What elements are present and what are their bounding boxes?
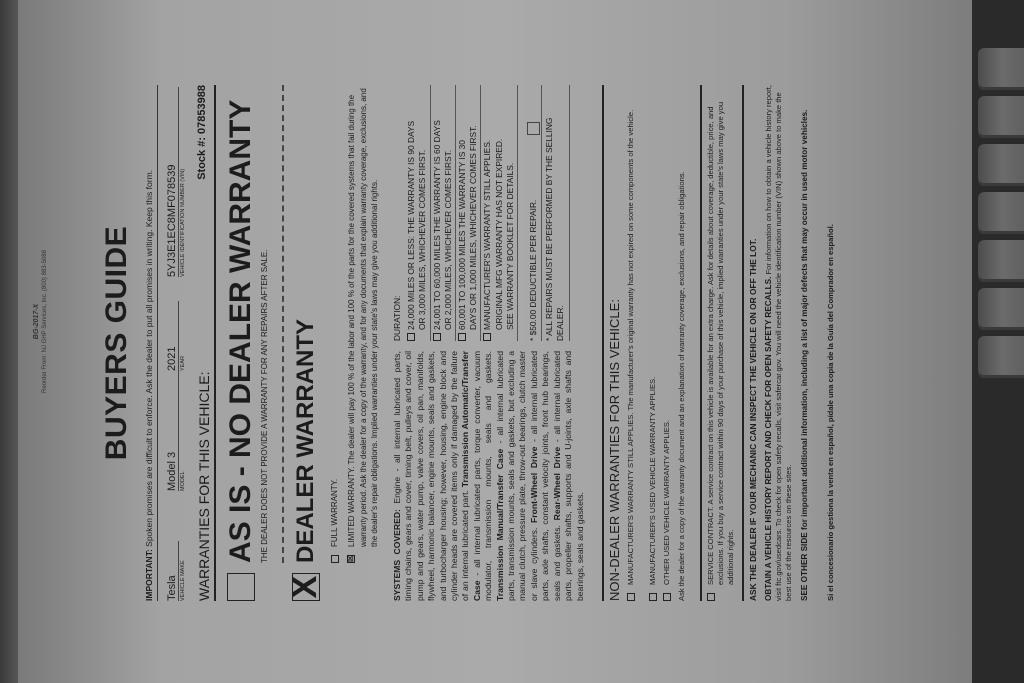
as-is-title: AS IS - NO DEALER WARRANTY [224, 100, 258, 563]
non-dealer-checkbox[interactable] [649, 593, 657, 601]
dashed-divider [282, 85, 284, 563]
vehicle-make-label: VEHICLE MAKE [178, 541, 186, 601]
duration-option-text: MANUFACTURER'S WARRANTY STILL APPLIES.OR… [482, 139, 516, 330]
section-divider [742, 85, 744, 601]
important-text: Spoken promises are difficult to enforce… [144, 170, 154, 547]
limited-warranty-option: ☒ LIMITED WARRANTY. The dealer will pay … [346, 85, 381, 563]
mechanic-inspection-text: ASK THE DEALER IF YOUR MECHANIC CAN INSP… [748, 85, 758, 601]
duration-option-text: 24,001 TO 60,000 MILES THE WARRANTY IS 6… [432, 120, 454, 330]
duration-option: 24,001 TO 60,000 MILES THE WARRANTY IS 6… [431, 85, 456, 341]
dealer-warranty-checkbox[interactable]: X [292, 573, 320, 601]
limited-warranty-checkbox[interactable]: ☒ [347, 555, 355, 563]
duration-option: MANUFACTURER'S WARRANTY STILL APPLIES.OR… [481, 85, 518, 341]
duration-section: DURATION: 24,000 MILES OR LESS: THE WARR… [392, 85, 586, 341]
duration-option: 24,000 MILES OR LESS: THE WARRANTY IS 90… [405, 85, 430, 341]
keyboard-edge [972, 0, 1024, 683]
non-dealer-checkbox[interactable] [627, 593, 635, 601]
duration-note: * ALL REPAIRS MUST BE PERFORMED BY THE S… [542, 85, 569, 341]
form-code: BG-2017-X [32, 250, 41, 393]
duration-note: * $50.00 DEDUCTIBLE PER REPAIR. [526, 85, 542, 341]
dealer-warranty-title: DEALER WARRANTY [292, 319, 320, 563]
duration-option: 60,001 TO 100,000 MILES THE WARRANTY IS … [456, 85, 481, 341]
keyboard-key [978, 144, 1024, 186]
service-contract-option: SERVICE CONTRACT. A service contract on … [706, 85, 736, 601]
systems-covered-segment: Transmission Manual/Transfer Case [495, 449, 505, 601]
non-dealer-option-text: OTHER USED VEHICLE WARRANTY APPLIES. [662, 420, 672, 585]
full-warranty-option: FULL WARRANTY. [330, 479, 339, 563]
non-dealer-option-text: MANUFACTURER'S USED VEHICLE WARRANTY APP… [648, 377, 658, 585]
keyboard-key [978, 240, 1024, 282]
spanish-notice: Si el concesionario gestiona la venta en… [826, 85, 836, 601]
non-dealer-header: NON-DEALER WARRANTIES FOR THIS VEHICLE: [602, 85, 622, 601]
duration-notes: * $50.00 DEDUCTIBLE PER REPAIR.* ALL REP… [526, 85, 570, 341]
systems-covered-segment: Front-Wheel Drive [529, 447, 539, 523]
non-dealer-option: MANUFACTURER'S USED VEHICLE WARRANTY APP… [648, 85, 658, 601]
non-dealer-checkbox[interactable] [663, 593, 671, 601]
important-label: IMPORTANT: [144, 549, 154, 601]
section-divider [700, 85, 702, 601]
vehicle-year-value: 2021 [166, 347, 178, 371]
non-dealer-option: MANUFACTURER'S WARRANTY STILL APPLIES. T… [626, 85, 636, 601]
form-header: BG-2017-X Reorder From: NJ GHP Services,… [32, 250, 50, 393]
vehicle-make: Tesla VEHICLE MAKE [166, 541, 186, 601]
service-contract-text: SERVICE CONTRACT. A service contract on … [706, 85, 736, 585]
keyboard-key [978, 336, 1024, 378]
buyers-guide-document: BG-2017-X Reorder From: NJ GHP Services,… [92, 83, 892, 603]
coverage-columns: SYSTEMS COVERED: Engine - all internal l… [392, 85, 586, 601]
vehicle-model: Model 3 MODEL [166, 371, 186, 491]
systems-covered-label: SYSTEMS COVERED: [392, 509, 402, 601]
systems-covered-segment: Engine - all internal lubricated parts, … [392, 351, 470, 601]
full-warranty-label: FULL WARRANTY. [330, 479, 339, 547]
dealer-warranty-option: X DEALER WARRANTY [292, 319, 320, 601]
stock-number: Stock #: 07853988 [196, 85, 212, 180]
vehicle-info: Tesla VEHICLE MAKE Model 3 MODEL 2021 YE… [166, 85, 186, 601]
duration-options: 24,000 MILES OR LESS: THE WARRANTY IS 90… [405, 85, 518, 341]
keyboard-key [978, 288, 1024, 330]
keyboard-key [978, 48, 1024, 90]
ask-copy-text: Ask the dealer for a copy of the warrant… [677, 85, 687, 601]
page-title: BUYERS GUIDE [100, 83, 134, 603]
vehicle-make-value: Tesla [166, 575, 178, 601]
warranties-header: WARRANTIES FOR THIS VEHICLE: [196, 372, 212, 601]
vehicle-vin-value: 5YJ3E1EC8MF078539 [166, 164, 178, 277]
vehicle-year: 2021 YEAR [166, 301, 186, 371]
systems-covered: SYSTEMS COVERED: Engine - all internal l… [392, 351, 586, 601]
vehicle-history-heading: OBTAIN A VEHICLE HISTORY REPORT AND CHEC… [764, 277, 773, 601]
duration-checkbox[interactable] [458, 333, 466, 341]
form-publisher: Reorder From: NJ GHP Services, Inc. (800… [41, 250, 50, 393]
as-is-checkbox[interactable] [227, 573, 255, 601]
keyboard-key [978, 96, 1024, 138]
vehicle-model-label: MODEL [178, 371, 186, 491]
important-notice: IMPORTANT: Spoken promises are difficult… [144, 85, 158, 601]
duration-checkbox[interactable] [433, 333, 441, 341]
keyboard-key [978, 192, 1024, 234]
non-dealer-option-text: MANUFACTURER'S WARRANTY STILL APPLIES. T… [626, 110, 636, 585]
duration-checkbox[interactable] [407, 333, 415, 341]
limited-warranty-text: LIMITED WARRANTY. The dealer will pay 10… [346, 85, 381, 547]
vehicle-model-value: Model 3 [166, 452, 178, 491]
systems-covered-segment: - all internal lubricated parts, torque … [472, 351, 493, 601]
non-dealer-option: OTHER USED VEHICLE WARRANTY APPLIES. [662, 85, 672, 601]
duration-option-text: 60,001 TO 100,000 MILES THE WARRANTY IS … [457, 125, 479, 330]
service-contract-checkbox[interactable] [707, 593, 715, 601]
vehicle-vin-label: VEHICLE IDENTIFICATION NUMBER (VIN) [178, 87, 186, 277]
as-is-subtitle: THE DEALER DOES NOT PROVIDE A WARRANTY F… [260, 250, 269, 563]
see-other-side-body: for important additional information, in… [800, 110, 809, 533]
vehicle-year-label: YEAR [178, 301, 186, 371]
as-is-option: AS IS - NO DEALER WARRANTY [224, 100, 258, 601]
duration-option-text: 24,000 MILES OR LESS: THE WARRANTY IS 90… [406, 121, 428, 330]
vehicle-history-text: OBTAIN A VEHICLE HISTORY REPORT AND CHEC… [764, 85, 794, 601]
duration-checkbox[interactable] [483, 333, 491, 341]
full-warranty-checkbox[interactable] [331, 555, 339, 563]
duration-label: DURATION: [392, 85, 403, 341]
vehicle-vin: 5YJ3E1EC8MF078539 VEHICLE IDENTIFICATION… [166, 87, 186, 277]
see-other-side-text: SEE OTHER SIDE for important additional … [800, 85, 810, 601]
systems-covered-segment: Rear-Wheel Drive [552, 447, 562, 521]
see-other-side-heading: SEE OTHER SIDE [800, 532, 809, 601]
warranties-row: WARRANTIES FOR THIS VEHICLE: Stock #: 07… [196, 85, 216, 601]
